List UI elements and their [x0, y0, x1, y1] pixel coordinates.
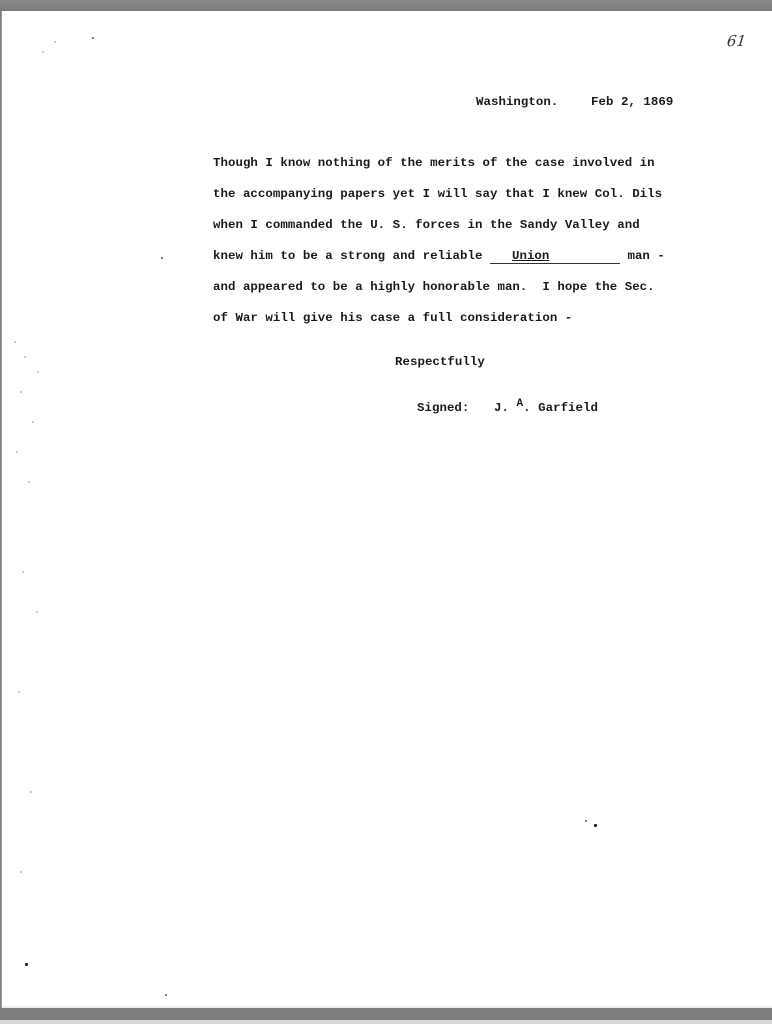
scan-speck — [24, 356, 26, 358]
scan-speck — [28, 481, 30, 483]
scan-speck — [54, 41, 56, 43]
page-number: 61 — [726, 32, 747, 50]
scan-speck — [16, 451, 18, 453]
body-line-after-blank: man - — [620, 249, 665, 263]
scan-speck — [165, 994, 167, 996]
viewer-bottom-band — [0, 1008, 772, 1020]
body-line: and appeared to be a highly honorable ma… — [213, 280, 655, 294]
signer-middle-initial: A — [516, 398, 523, 410]
fill-in-blank: Union — [490, 250, 620, 264]
signed-label: Signed: — [417, 401, 469, 415]
body-line: of War will give his case a full conside… — [213, 311, 572, 325]
scan-speck — [594, 824, 597, 827]
body-line: knew him to be a strong and reliable Uni… — [213, 249, 665, 264]
scan-speck — [37, 371, 39, 373]
viewer-top-bar — [0, 0, 772, 11]
scan-speck — [22, 571, 24, 573]
body-line: the accompanying papers yet I will say t… — [213, 187, 662, 201]
scan-speck — [36, 611, 38, 613]
scan-speck — [92, 37, 94, 39]
blank-fill-word: Union — [490, 249, 549, 263]
scan-speck — [32, 421, 34, 423]
scan-speck — [25, 963, 28, 966]
signer-first-initial: J. — [494, 401, 509, 415]
signer-surname: . Garfield — [523, 401, 598, 415]
scan-speck — [30, 791, 32, 793]
body-line: when I commanded the U. S. forces in the… — [213, 218, 640, 232]
next-page-edge — [0, 1020, 772, 1024]
body-line: Though I know nothing of the merits of t… — [213, 156, 655, 170]
closing: Respectfully — [395, 355, 485, 369]
scan-speck — [18, 691, 20, 693]
signer-name: J. A. Garfield — [494, 401, 598, 415]
scan-speck — [20, 871, 22, 873]
scan-speck — [161, 257, 163, 259]
scan-speck — [20, 391, 22, 393]
scan-speck — [42, 51, 44, 53]
dateline-date: Feb 2, 1869 — [591, 95, 673, 109]
body-line-before-blank: knew him to be a strong and reliable — [213, 249, 490, 263]
scan-speck — [585, 820, 587, 822]
scan-speck — [14, 341, 16, 343]
dateline-place: Washington. — [476, 95, 558, 109]
